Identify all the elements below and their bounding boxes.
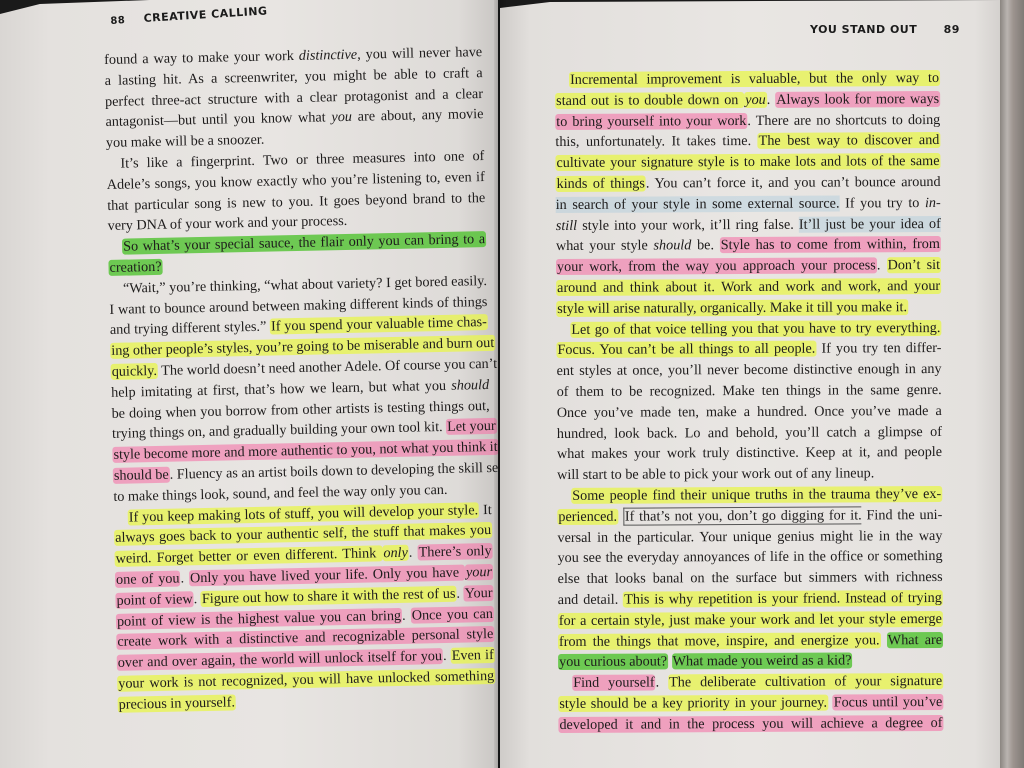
highlight-green: you curious about? [558,654,668,671]
text-run: . [767,92,776,108]
highlight-yellow: Focus. You can’t be all things to all pe… [556,341,816,358]
text-line: Once you’ve made ten, make a hundred. On… [557,401,942,424]
text-line: around and think about it. Work and work… [556,276,941,299]
text-run: . [656,675,669,691]
text-line: hundred, look back. Lo and behold, you’l… [557,422,942,445]
highlight-pink: should be [113,467,170,484]
highlight-green: What made you weird as a kid? [672,653,853,670]
text-run: . [409,545,418,561]
text-run: this, unfortunately. It takes time. [555,133,757,150]
highlight-pink: Find yourself [572,675,656,691]
left-chapter-title: CREATIVE CALLING [143,4,268,25]
text-run: If you try to [839,195,925,211]
text-line: in search of your style in some external… [556,193,941,216]
text-line: stand out is to double down on you. Alwa… [555,89,940,112]
text-run: Find the uni- [862,507,943,523]
text-line: what your style should be. Style has to … [556,234,941,257]
text-run: should [451,377,489,394]
text-run: It [479,502,492,518]
text-run: you make will be a snoozer. [106,132,265,151]
highlight-yellow: Figure out how to share it with the rest… [201,585,457,606]
left-page-number: 88 [110,15,126,27]
highlight-yellow: cultivate your signature style is to mak… [555,153,940,171]
right-running-head: YOU STAND OUT 89 [810,23,960,36]
text-run: be. [691,238,719,254]
text-run: . You can’t force it, and you can’t boun… [646,174,941,192]
highlight-pink: Only you have lived your life. Only you … [189,564,465,586]
text-line: else that looks banal on the surface but… [558,567,943,590]
text-line: kinds of things. You can’t force it, and… [556,172,941,195]
highlight-yellow: from the things that move, inspire, and … [558,632,881,650]
text-line: to bring yourself into your work. There … [555,110,940,133]
text-line: Some people find their unique truths in … [557,484,942,507]
text-run: ent styles at once, you’ll never become … [557,361,942,379]
right-page-body: Incremental improvement is valuable, but… [555,68,943,736]
text-run: in- [925,195,941,211]
highlight-pink: your work, from the way you approach you… [556,257,877,275]
highlight-yellow: Incremental improvement is valuable, but… [569,70,940,88]
text-run: style into your work, it’ll ring false. [577,216,799,233]
text-line: you curious about? What made you weird a… [558,650,943,673]
text-run: Once you’ve made ten, make a hundred. On… [557,403,942,421]
highlight-yellow: kinds of things [556,176,646,192]
text-line: style will arise naturally, organically.… [556,297,941,320]
text-run: , you will never have [357,44,482,63]
text-run: you see the everyday annoyances of life … [558,548,943,566]
text-line: Find yourself. The deliberate cultivatio… [558,671,943,694]
text-run: distinctive [299,47,358,64]
text-run: of them to be recognized. Make ten thing… [557,382,942,400]
page-edges [1000,0,1024,768]
highlight-yellow: weird. Forget better or even different. … [114,545,382,567]
text-line: you see the everyday annoyances of life … [558,546,943,569]
text-run: . [180,570,189,586]
text-line: still style into your work, it’ll ring f… [556,214,941,237]
highlight-yellow: only [382,545,409,562]
highlight-green: creation? [108,259,162,276]
highlight-pink: one of you [115,570,181,587]
text-run: are about, any movie [352,106,484,125]
highlight-yellow: The deliberate cultivation of your signa… [668,673,943,690]
highlight-yellow: quickly. [111,363,159,380]
highlight-pink: to bring yourself into your work [555,113,747,130]
highlight-pink: Once you can [411,605,494,623]
highlight-yellow: Some people find their unique truths in … [571,486,942,504]
highlight-yellow: Even if [451,647,495,664]
text-line: your work, from the way you approach you… [556,255,941,278]
highlight-yellow: style will arise naturally, organically.… [556,299,908,317]
highlight-yellow: Let go of that voice telling you that yo… [570,320,941,338]
text-line: for a certain style, just make your work… [558,609,943,632]
highlight-pink: There’s only [417,543,492,561]
highlight-pink: Let your [446,418,497,435]
highlight-yellow: perienced. [557,508,618,524]
highlight-pink: Focus until you’ve [833,694,944,711]
text-line: what makes your work truly distinctive. … [557,442,942,465]
text-run: what makes your work truly distinctive. … [557,444,942,462]
left-page: 88 CREATIVE CALLING found a way to make … [0,0,498,768]
text-line: Incremental improvement is valuable, but… [555,68,940,91]
text-line: will start to be able to pick your work … [557,463,942,486]
right-page: YOU STAND OUT 89 Incremental improvement… [500,0,1000,768]
left-page-body: found a way to make your work distinctiv… [104,42,496,715]
highlight-pink: Your [464,585,494,602]
text-run: versal in the particular. Your unique ge… [557,528,942,546]
text-line: Let go of that voice telling you that yo… [556,318,941,341]
highlight-pink: developed it and in the process you will… [558,715,943,733]
text-line: and detail. This is why repetition is yo… [558,588,943,611]
text-line: cultivate your signature style is to mak… [555,151,940,174]
text-run: and trying different styles.” [110,319,271,338]
text-run: antagonist—but until you know what [105,110,331,131]
text-run: what your style [556,238,654,255]
highlight-green: What are [887,631,943,647]
text-run [881,632,887,648]
text-run: very DNA of your work and your process. [108,213,348,234]
highlight-yellow: stand out is to double down on [555,92,744,109]
text-run: will start to be able to pick your work … [557,465,874,483]
text-line: versal in the particular. Your unique ge… [557,526,942,549]
text-run: still [556,217,577,233]
book-spread: 88 CREATIVE CALLING found a way to make … [0,0,1024,768]
text-run: . Fluency as an artist boils down to dev… [170,460,498,483]
highlight-yellow: Don’t sit [887,257,942,273]
text-run: If that’s not you, don’t go digging for … [623,506,862,525]
highlight-yellow: you [744,92,767,108]
highlight-yellow: for a certain style, just make your work… [558,611,943,629]
highlight-yellow: precious in yourself. [118,694,237,712]
left-running-head: 88 CREATIVE CALLING [110,4,268,27]
text-run: found a way to make your work [104,48,299,68]
text-run: . [877,257,887,273]
text-line: of them to be recognized. Make ten thing… [557,380,942,403]
text-line: this, unfortunately. It takes time. The … [555,130,940,153]
text-line: from the things that move, inspire, and … [558,629,943,652]
highlight-yellow: This is why repetition is your friend. I… [623,590,943,608]
right-chapter-title: YOU STAND OUT [810,23,917,36]
text-run: If you try ten differ- [816,340,941,357]
text-run: should [653,238,691,254]
highlight-yellow: If you spend your valuable time chas- [270,314,488,335]
text-run [618,508,623,524]
text-line: ent styles at once, you’ll never become … [557,359,942,382]
highlight-yellow: around and think about it. Work and work… [556,278,941,296]
text-run: else that looks banal on the surface but… [558,569,943,587]
highlight-pink: point of view [115,591,193,609]
text-run: . [402,607,411,623]
text-line: perienced. If that’s not you, don’t go d… [557,505,942,528]
text-run: and detail. [558,592,624,608]
text-run: hundred, look back. Lo and behold, you’l… [557,424,942,442]
highlight-yellow: The best way to discover and [758,132,941,149]
highlight-blue: It’ll just be your idea of [799,216,941,233]
highlight-pink: your [465,564,493,581]
text-line: developed it and in the process you will… [558,713,943,736]
highlight-yellow: style should be a key priority in your j… [558,694,828,711]
highlight-pink: Style has to come from within, from [720,236,941,253]
text-run: you [331,109,352,125]
highlight-blue: in search of your style in some external… [556,195,840,212]
text-run: . There are no shortcuts to doing [747,112,940,129]
right-page-number: 89 [944,23,960,36]
text-line: Focus. You can’t be all things to all pe… [556,338,941,361]
highlight-pink: Always look for more ways [775,91,940,108]
text-line: style should be a key priority in your j… [558,692,943,715]
